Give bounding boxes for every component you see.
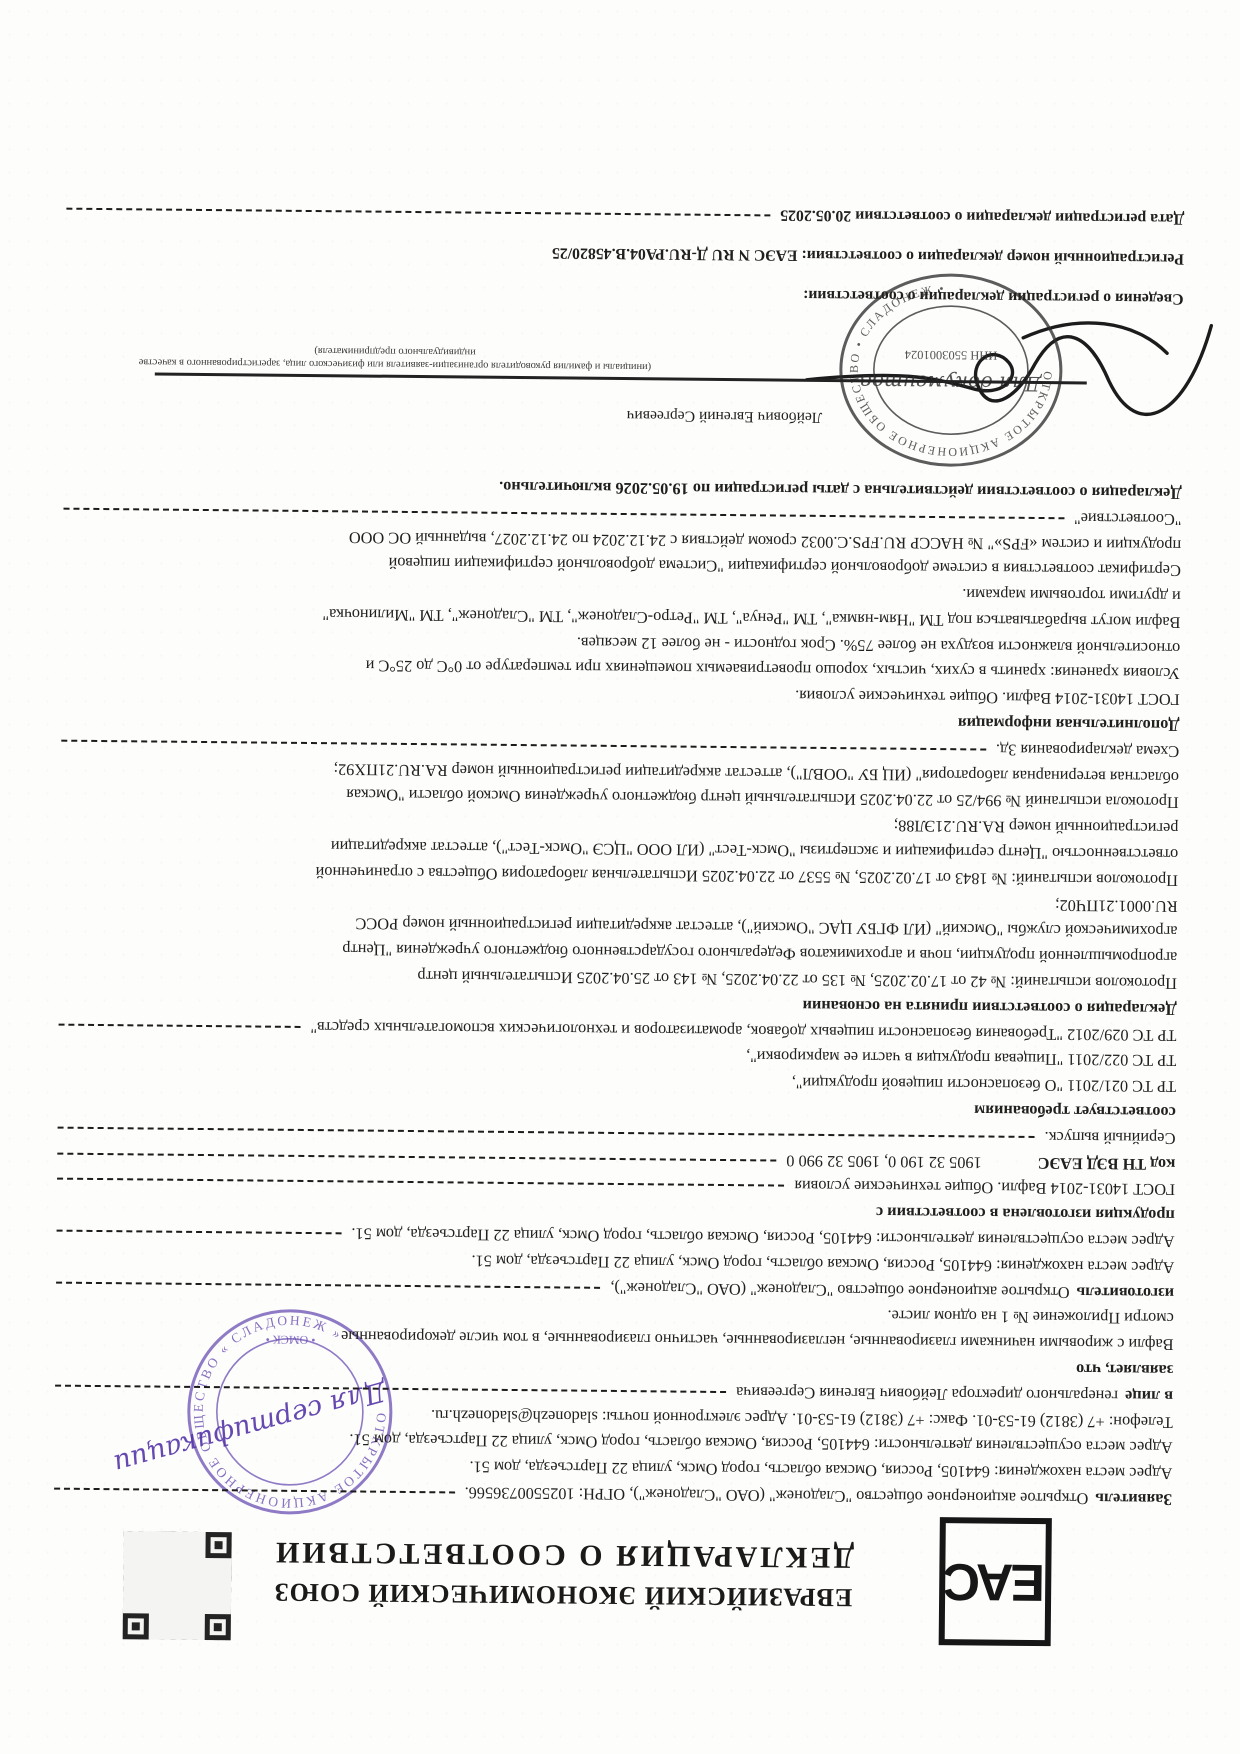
dashed-filler [57, 1178, 784, 1187]
dashed-filler [58, 1126, 1035, 1137]
dashed-filler [66, 208, 770, 217]
line-label: изготовитель [1076, 1279, 1174, 1306]
rotated-document: ЕАС ЕВРАЗИЙСКИЙ ЭКОНОМИЧЕСКИЙ СОЮЗ ДЕКЛА… [0, 0, 1240, 1754]
line-text: "Соответствие" [1074, 505, 1182, 532]
line-text: генерального директора Лейбович Евгения … [736, 1379, 1118, 1408]
ink-stamp-inn: ИНН 5503001024 [904, 348, 998, 363]
dashed-filler [54, 1488, 455, 1494]
registration-date: Дата регистрации декларации о соответств… [780, 206, 1184, 228]
line-text: ГОСТ 14031-2014 Вафли. Общие технические… [795, 683, 1180, 712]
dashed-filler [61, 740, 986, 751]
line-text: ТР ТС 021/2011 "О безопасности пищевой п… [792, 1070, 1177, 1099]
line-label: в лице [1125, 1383, 1173, 1409]
line-text: ТР ТС 022/2011 "Пищевая продукция в част… [746, 1044, 1176, 1074]
line-label: код ТН ВЭД ЕАЭС [1038, 1150, 1176, 1177]
dashed-filler [57, 1152, 776, 1161]
dashed-filler [56, 1281, 600, 1288]
line-text: и другими торговыми марками. [962, 582, 1181, 610]
line-label: соответствует требованиям [974, 1098, 1176, 1126]
registration-date-row: Дата регистрации декларации о соответств… [66, 199, 1184, 228]
line-text: Открытое акционерное общество "Сладонеж"… [610, 1275, 1069, 1305]
line-text: 1905 32 190 0, 1905 32 990 0 [786, 1147, 982, 1175]
line-text: ГОСТ 14031-2014 Вафли. Общие технические… [794, 1173, 1175, 1202]
eac-logo: ЕАС [939, 1517, 1052, 1646]
line-text: Серийный выпуск. [1044, 1124, 1175, 1151]
line-text: регистрационный номер RA.RU.21ЭЛ88; [893, 813, 1178, 842]
dashed-filler [59, 1023, 301, 1027]
dashed-filler [55, 1384, 726, 1392]
qr-finder-icon [123, 1613, 149, 1639]
line-label: заявляет, что [1076, 1357, 1174, 1384]
line-label: Дополнительная информация [958, 711, 1180, 739]
qr-code-icon [123, 1531, 232, 1640]
line-label: продукция изготовлена в соответствии с [876, 1200, 1175, 1229]
line-text: смотри Приложение № 1 на одном листе. [887, 1303, 1174, 1332]
document-body: ЗаявительОткрытое акционерное общество "… [54, 470, 1182, 1513]
scanned-declaration-page: ЕАС ЕВРАЗИЙСКИЙ ЭКОНОМИЧЕСКИЙ СОЮЗ ДЕКЛА… [0, 0, 1240, 1754]
registration-number: Регистрационный номер декларации о соотв… [66, 239, 1184, 268]
qr-finder-icon [205, 1532, 231, 1558]
line-text: RU.0001.21ПЧ02; [1055, 892, 1178, 919]
signatory-name: Лейбович Евгений Сергеевич [504, 405, 944, 427]
line-label: Заявитель [1095, 1486, 1172, 1513]
signature-caption: (инициалы и фамилия руководителя организ… [123, 342, 667, 372]
qr-finder-icon [205, 1614, 231, 1640]
line-label: Декларация о соответствии принята на осн… [802, 993, 1176, 1022]
dashed-filler [64, 507, 1065, 519]
line-text: Схема декларирования 3д. [996, 737, 1180, 765]
dashed-filler [57, 1230, 342, 1235]
